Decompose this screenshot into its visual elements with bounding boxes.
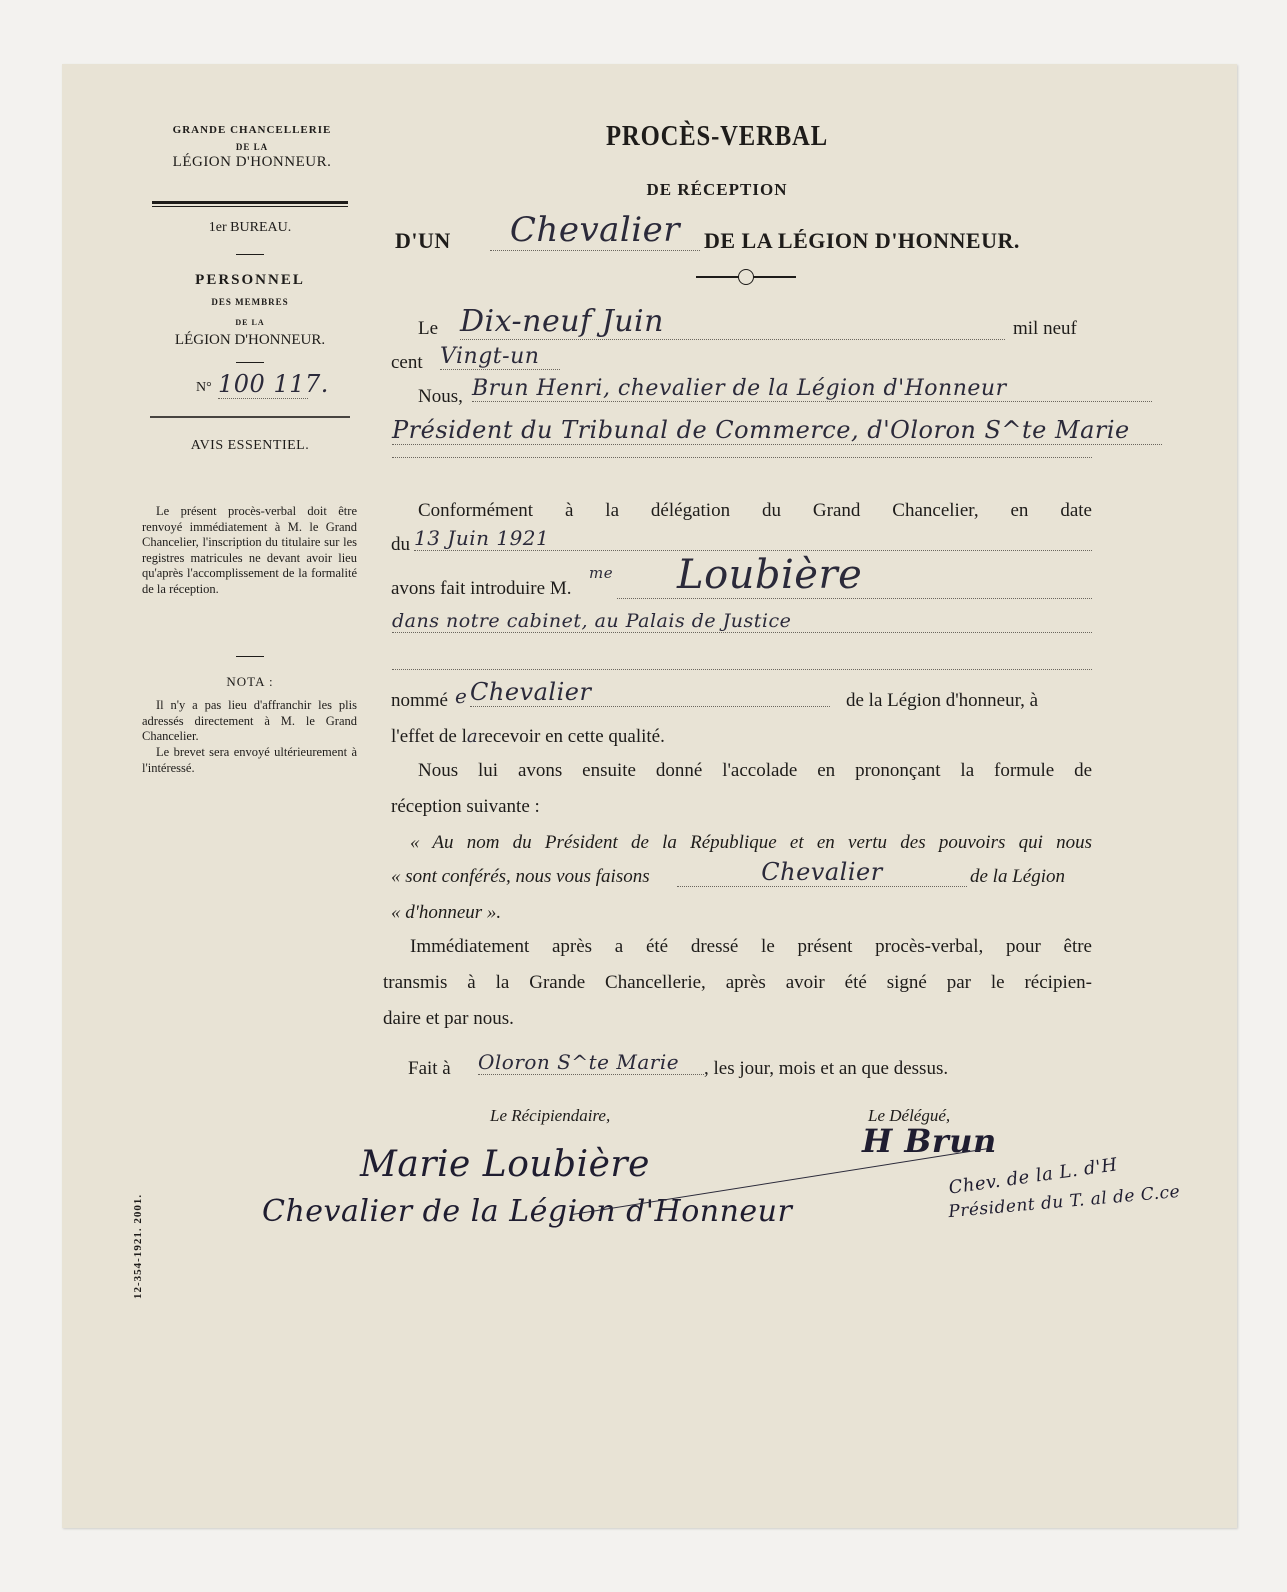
immediately-line-1: Immédiatement après a été dressé le prés… <box>410 936 1092 958</box>
wavy-rule <box>150 416 350 418</box>
effet-text-1: l'effet de l <box>391 726 467 747</box>
effet-handwritten: a <box>467 726 478 747</box>
delegate-signature: H Brun <box>862 1122 997 1160</box>
legion-text: de la Légion d'honneur, à <box>846 690 1038 712</box>
du-label: du <box>391 534 410 556</box>
short-rule <box>236 254 264 255</box>
year-label-2: cent <box>391 352 423 374</box>
heading-suffix: DE LA LÉGION D'HONNEUR. <box>704 228 1020 254</box>
immediately-line-2: transmis à la Grande Chancellerie, après… <box>383 972 1092 994</box>
formula-line-2b: de la Légion <box>970 866 1065 888</box>
recipient-signature-line2: Chevalier de la Légion d'Honneur <box>262 1194 792 1229</box>
registration-number: 100 117. <box>218 370 308 399</box>
personnel-legion: LÉGION D'HONNEUR. <box>152 332 348 349</box>
year-field: Vingt-un <box>440 344 560 370</box>
fait-place-field: Oloron S^te Marie <box>478 1050 704 1075</box>
place-field: dans notre cabinet, au Palais de Justice <box>392 610 1092 633</box>
introduire-label: avons fait introduire M. <box>391 578 571 600</box>
fait-label: Fait à <box>408 1058 451 1080</box>
heading-rank-handwritten: Chevalier <box>490 210 700 251</box>
nomme-rank-field: Chevalier <box>470 678 830 707</box>
document-page: GRANDE CHANCELLERIE DE LA LÉGION D'HONNE… <box>62 64 1237 1528</box>
side-print-code: 12-354-1921. 2001. <box>132 1149 144 1299</box>
place-field-2 <box>392 668 1092 670</box>
delegate-field-3 <box>392 456 1092 458</box>
document-subtitle: DE RÉCEPTION <box>492 180 942 200</box>
short-rule-3 <box>236 656 264 657</box>
personnel-membres: DES MEMBRES <box>152 297 348 307</box>
number-label: N° <box>196 380 212 396</box>
fait-suffix: , les jour, mois et an que dessus. <box>704 1058 948 1080</box>
left-column: GRANDE CHANCELLERIE DE LA LÉGION D'HONNE… <box>152 124 352 171</box>
effet-text: l'effet de larecevoir en cette qualité. <box>391 726 665 748</box>
immediately-line-3: daire et par nous. <box>383 1008 514 1030</box>
document-title: PROCÈS-VERBAL <box>526 120 909 153</box>
short-rule-2 <box>236 362 264 363</box>
ornament-circle-icon <box>738 269 754 285</box>
nous-label: Nous, <box>418 386 463 408</box>
personnel-de-la: DE LA <box>152 318 348 327</box>
bureau-label: 1er BUREAU. <box>152 220 348 236</box>
date-label: Le <box>418 318 438 340</box>
nota-text-2: Le brevet sera envoyé ultérieurement à l… <box>142 745 357 776</box>
chancellerie-legion: LÉGION D'HONNEUR. <box>152 154 352 171</box>
nomme-label: nommé <box>391 690 448 712</box>
chancellerie-de-la: DE LA <box>152 142 352 152</box>
title-suffix-field: me <box>589 564 613 582</box>
personnel-label: PERSONNEL <box>152 272 348 289</box>
double-rule <box>152 201 348 204</box>
conformement-text: Conformément à la délégation du Grand Ch… <box>418 500 1092 522</box>
date-field: Dix-neuf Juin <box>460 304 1005 340</box>
formula-rank-field: Chevalier <box>677 858 967 887</box>
heading-prefix: D'UN <box>395 228 451 254</box>
formula-line-1: « Au nom du Président de la République e… <box>410 832 1092 854</box>
chancellerie-header: GRANDE CHANCELLERIE <box>152 124 352 136</box>
delegation-date-field: 13 Juin 1921 <box>414 526 1092 551</box>
accolade-text-1: Nous lui avons ensuite donné l'accolade … <box>418 760 1092 782</box>
recipient-signature: Marie Loubière <box>360 1144 650 1185</box>
effet-text-2: recevoir en cette qualité. <box>478 726 665 747</box>
formula-line-3: « d'honneur ». <box>391 902 501 924</box>
avis-title: AVIS ESSENTIEL. <box>152 438 348 454</box>
nota-title: NOTA : <box>152 674 348 690</box>
avis-text: Le présent procès-verbal doit être renvo… <box>142 504 357 597</box>
formula-line-2a: « sont conférés, nous vous faisons <box>391 866 650 888</box>
delegate-field-2: Président du Tribunal de Commerce, d'Olo… <box>392 416 1162 445</box>
delegate-field-1: Brun Henri, chevalier de la Légion d'Hon… <box>472 376 1152 402</box>
double-rule-thin <box>152 206 348 207</box>
recipient-name-field: Loubière <box>617 552 1092 599</box>
nota-text-1: Il n'y a pas lieu d'affranchir les plis … <box>142 698 357 745</box>
year-label-1: mil neuf <box>1013 318 1077 340</box>
nomme-suffix-field: e <box>455 684 467 708</box>
accolade-text-2: réception suivante : <box>391 796 540 818</box>
recipient-label: Le Récipiendaire, <box>490 1106 610 1126</box>
